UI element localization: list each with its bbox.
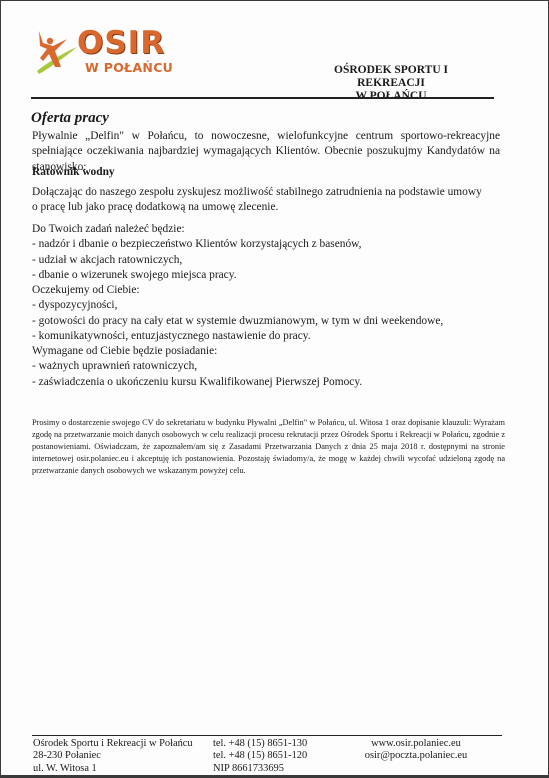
footer-address-line: Ośrodek Sportu i Rekreacji w Połańcu: [33, 738, 193, 750]
list-item: zaświadczenia o ukończeniu kursu Kwalifi…: [32, 375, 500, 390]
offer-line: Dołączając do naszego zespołu zyskujesz …: [32, 185, 500, 200]
logo-subtitle: W POŁAŃCU: [85, 60, 173, 75]
document-page: OSIR W POŁAŃCU OŚRODEK SPORTU I REKREACJ…: [1, 1, 548, 776]
footer-address-line: ul. W. Witosa 1: [33, 763, 193, 775]
footer-address-line: 28-230 Połaniec: [33, 750, 193, 762]
footer-divider: [32, 735, 502, 736]
footer-contact: tel. +48 (15) 8651-130 tel. +48 (15) 865…: [213, 738, 307, 775]
list-item: komunikatywności, entuzjastycznego nasta…: [32, 329, 500, 344]
list-item: nadzór i dbanie o bezpieczeństwo Klientó…: [32, 237, 500, 252]
footer-nip: NIP 8661733695: [213, 763, 307, 775]
page-title: Oferta pracy: [31, 110, 109, 127]
footer-address: Ośrodek Sportu i Rekreacji w Połańcu 28-…: [33, 738, 193, 775]
expectations-heading: Oczekujemy od Ciebie:: [32, 283, 500, 298]
duties-section: Do Twoich zadań należeć będzie: nadzór i…: [32, 222, 500, 283]
list-item: udział w akcjach ratowniczych,: [32, 253, 500, 268]
list-item: dyspozycyjności,: [32, 298, 500, 313]
footer-website: www.osir.polaniec.eu: [353, 738, 479, 750]
footer-phone: tel. +48 (15) 8651-120: [213, 750, 307, 762]
expectations-section: Oczekujemy od Ciebie: dyspozycyjności, g…: [32, 283, 500, 344]
footer-phone: tel. +48 (15) 8651-130: [213, 738, 307, 750]
offer-line: o pracę lub jako pracę dodatkową na umow…: [32, 200, 500, 215]
list-item: gotowości do pracy na cały etat w system…: [32, 314, 500, 329]
gdpr-clause: Prosimy o dostarczenie swojego CV do sek…: [32, 417, 505, 477]
offer-paragraph: Dołączając do naszego zespołu zyskujesz …: [32, 185, 500, 216]
footer-email: osir@poczta.polaniec.eu: [353, 750, 479, 762]
running-figure-swoosh-icon: [33, 27, 79, 75]
duties-heading: Do Twoich zadań należeć będzie:: [32, 222, 500, 237]
header-divider: [31, 97, 494, 99]
org-name-line1: OŚRODEK SPORTU I REKREACJI: [301, 64, 481, 90]
logo-name: OSIR: [77, 25, 165, 61]
requirements-heading: Wymagane od Ciebie będzie posiadanie:: [32, 344, 500, 359]
requirements-section: Wymagane od Ciebie będzie posiadanie: wa…: [32, 344, 500, 390]
footer-web: www.osir.polaniec.eu osir@poczta.polanie…: [353, 738, 479, 763]
position-title: Ratownik wodny: [32, 165, 500, 180]
list-item: ważnych uprawnień ratowniczych,: [32, 359, 500, 374]
list-item: dbanie o wizerunek swojego miejsca pracy…: [32, 268, 500, 283]
osir-logo: OSIR W POŁAŃCU: [33, 27, 203, 77]
